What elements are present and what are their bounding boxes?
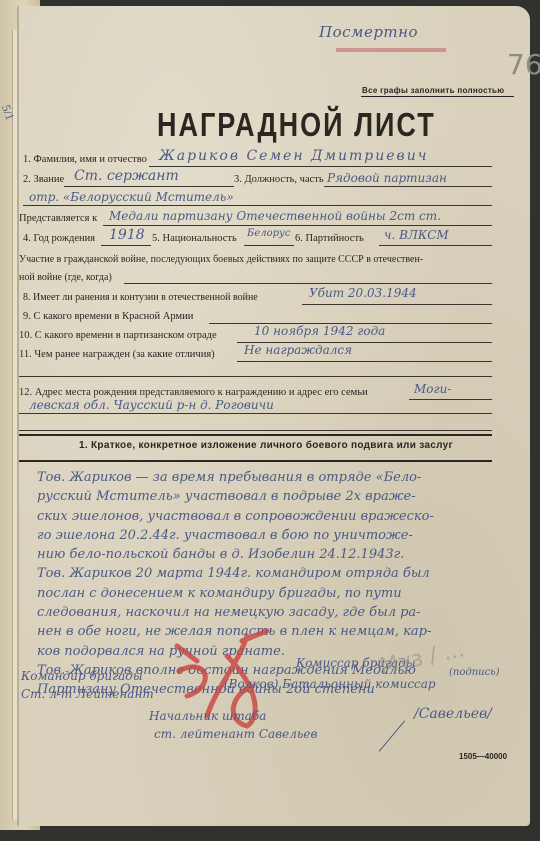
field-address-line-3 [19,430,492,431]
field-prior-awards-line-2 [19,376,492,377]
field-name-line [149,166,492,167]
field-rank-label: 2. Звание [23,174,64,185]
posthumous-note: Посмертно [319,23,418,41]
field-name-label: 1. Фамилия, имя и отчество [23,154,147,165]
narrative-line: Тов. Жариков — за время пребывания в отр… [37,468,517,487]
narrative-line: нию бело-польской банды в д. Изобелин 24… [37,545,517,564]
field-prior-awards-label: 11. Чем ранее награжден (за какие отличи… [19,349,215,360]
field-birth-year-value: 1918 [109,227,145,243]
narrative-line: го эшелона 20.2.44г. участвовал в бою по… [37,526,517,545]
field-nationality-line [244,245,294,246]
section-rule-bottom [19,460,492,462]
field-army-since-label: 9. С какого времени в Красной Армии [23,311,193,322]
field-partisan-since-label: 10. С какого времени в партизанском отра… [19,330,217,341]
narrative-line: нен в обе ноги, не желая попасть в плен … [37,622,517,641]
chief-of-staff-name: ст. лейтенант Савельев [154,727,318,741]
field-address-line [409,399,492,400]
field-prior-awards-line [237,361,492,362]
pen-stroke [379,721,405,752]
narrative-line: следования, наскочил на немецкую засаду,… [37,603,517,622]
print-code: 1505—40000 [459,752,507,761]
chief-of-staff-signature: /Савельев/ [414,706,492,722]
field-address-line-2 [19,413,492,414]
brigade-commander-name: Ст. л-т Лейтенант [21,687,154,701]
field-position-line-2 [23,205,492,206]
narrative-line: русский Мститель» участвовал в подрыве 2… [37,487,517,506]
field-award-line [103,225,492,226]
field-participation-line [124,283,492,284]
chief-of-staff-title: Начальник штаба [149,709,266,723]
sheet-number: 76 [507,48,540,81]
field-wounds-line [302,304,492,305]
field-address-value-cont: левская обл. Чаусский р-н д. Роговичи [29,398,274,412]
commissar-name: (Волков) Батальонный комиссар [224,677,436,691]
field-party-label: 6. Партийность [295,233,364,244]
field-party-line [379,245,492,246]
field-award-value: Медали партизану Отечественной войны 2ст… [109,209,441,223]
field-wounds-label: 8. Имеет ли ранения и контузии в отечест… [23,292,258,303]
field-wounds-value: Убит 20.03.1944 [309,286,417,300]
section-rule-top [19,434,492,436]
narrative-line: Тов. Жариков 20 марта 1944г. командиром … [37,564,517,583]
field-birth-year-line [101,245,151,246]
field-participation-label-1: Участие в гражданской войне, последующих… [19,254,423,265]
field-position-value-cont: отр. «Белорусский Мститель» [29,190,234,204]
fill-instruction: Все графы заполнить полностью [362,86,504,95]
field-address-value: Моги- [414,382,451,396]
fill-instruction-underline [361,96,514,97]
field-rank-line [64,186,234,187]
field-award-label: Представляется к [19,213,97,224]
field-participation-label-2: ной войне (где, когда) [19,272,112,283]
field-partisan-since-value: 10 ноября 1942 года [254,324,385,338]
commissar-signature: (подпись) [449,667,500,678]
field-nationality-value: Белорус [247,228,290,239]
narrative-line: послан с донесением к командиру бригады,… [37,584,517,603]
field-rank-value: Ст. сержант [74,168,179,184]
field-position-line [324,186,492,187]
narrative-line: ских эшелонов, участвовал в сопровождени… [37,507,517,526]
field-nationality-label: 5. Национальность [152,233,237,244]
brigade-commander-title: Командир бригады [21,669,143,683]
field-prior-awards-value: Не награждался [244,343,352,357]
document-title: НАГРАДНОЙ ЛИСТ [157,106,436,145]
field-position-value: Рядовой партизан [327,171,447,185]
award-sheet: Посмертно 76 Все графы заполнить полност… [17,6,530,826]
red-underline [336,48,446,52]
field-birth-year-label: 4. Год рождения [23,233,95,244]
section-heading: 1. Краткое, конкретное изложение личного… [79,440,453,451]
field-position-label: 3. Должность, часть [234,174,324,185]
field-address-label: 12. Адрес места рождения представляемого… [19,387,368,398]
field-party-value: ч. ВЛКСМ [384,228,449,242]
field-name-value: Жариков Семен Дмитриевич [159,148,428,164]
